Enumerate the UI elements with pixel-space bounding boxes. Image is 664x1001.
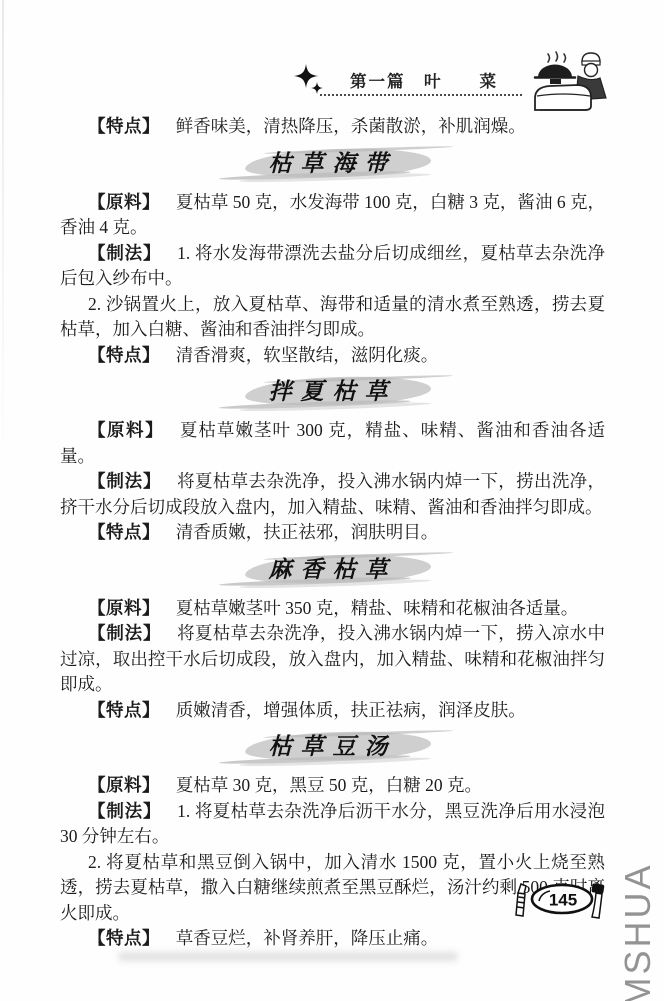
brush-stroke-title: 拌夏枯草 xyxy=(249,376,417,410)
scan-edge-artifact xyxy=(2,0,4,470)
paragraph-label: 【原料】 xyxy=(88,192,160,212)
recipe-paragraph: 2. 沙锅置火上，放入夏枯草、海带和适量的清水煮至熟透，捞去夏枯草，加入白糖、酱… xyxy=(60,292,605,343)
paragraph-label: 【制法】 xyxy=(88,623,161,643)
recipe-paragraph: 【特点】清香滑爽，软坚散结，滋阴化痰。 xyxy=(60,343,605,369)
watermark: MSHUA xyxy=(617,862,659,1001)
recipe-paragraph: 【特点】草香豆烂，补肾养肝，降压止痛。 xyxy=(60,926,605,952)
recipe-title: 麻香枯草 xyxy=(269,557,397,582)
recipes: 枯草海带 【原料】夏枯草 50 克，水发海带 100 克，白糖 3 克，酱油 6… xyxy=(60,148,605,952)
recipe-section: 麻香枯草 【原料】夏枯草嫩茎叶 350 克，精盐、味精和花椒油各适量。【制法】将… xyxy=(60,554,605,724)
paragraph-label: 【特点】 xyxy=(88,345,160,365)
leading-paragraph: 【特点】鲜香味美，清热降压，杀菌散淤，补肌润燥。 xyxy=(60,114,605,140)
scan-smudge-artifact xyxy=(118,952,458,961)
chef-with-steaming-pot-icon xyxy=(530,50,614,114)
recipe-title-row: 麻香枯草 xyxy=(60,554,605,590)
leading-text: 鲜香味美，清热降压，杀菌散淤，补肌润燥。 xyxy=(176,116,526,136)
fork-icon xyxy=(591,883,604,918)
recipe-title: 枯草海带 xyxy=(269,151,397,176)
recipe-paragraph: 【原料】夏枯草嫩茎叶 300 克，精盐、味精、酱油和香油各适量。 xyxy=(60,418,605,469)
paragraph-label: 【制法】 xyxy=(88,471,161,491)
recipe-title-row: 枯草海带 xyxy=(60,148,605,184)
paragraph-label: 【原料】 xyxy=(88,598,160,618)
paragraph-label: 【特点】 xyxy=(88,116,160,136)
paragraph-label: 【特点】 xyxy=(88,700,160,720)
recipe-section: 拌夏枯草 【原料】夏枯草嫩茎叶 300 克，精盐、味精、酱油和香油各适量。【制法… xyxy=(60,376,605,546)
recipe-title: 拌夏枯草 xyxy=(269,379,397,404)
chapter-heading: 第一篇 叶 菜 xyxy=(350,68,498,92)
page-number: 145 xyxy=(549,891,577,910)
paragraph-label: 【制法】 xyxy=(88,801,161,821)
paragraph-label: 【特点】 xyxy=(88,522,160,542)
recipe-paragraph: 【特点】清香质嫩，扶正祛邪，润肤明目。 xyxy=(60,520,605,546)
dotted-divider xyxy=(320,94,522,96)
recipe-paragraph: 【原料】夏枯草 50 克，水发海带 100 克，白糖 3 克，酱油 6 克，香油… xyxy=(60,190,605,241)
recipe-paragraph: 【制法】1. 将夏枯草去杂洗净后沥干水分，黑豆洗净后用水浸泡 30 分钟左右。 xyxy=(60,799,605,850)
brush-stroke-title: 枯草豆汤 xyxy=(249,731,417,765)
page-header: 第一篇 叶 菜 xyxy=(294,50,614,116)
recipe-section: 枯草海带 【原料】夏枯草 50 克，水发海带 100 克，白糖 3 克，酱油 6… xyxy=(60,148,605,369)
knife-icon xyxy=(516,884,526,916)
recipe-paragraphs: 【原料】夏枯草嫩茎叶 300 克，精盐、味精、酱油和香油各适量。【制法】将夏枯草… xyxy=(60,418,605,546)
paragraph-label: 【原料】 xyxy=(88,775,160,795)
recipe-paragraphs: 【原料】夏枯草 50 克，水发海带 100 克，白糖 3 克，酱油 6 克，香油… xyxy=(60,190,605,369)
page-content: 【特点】鲜香味美，清热降压，杀菌散淤，补肌润燥。 枯草海带 【原料】夏枯草 50… xyxy=(60,114,605,952)
recipe-paragraph: 【制法】1. 将水发海带漂洗去盐分后切成细丝，夏枯草去杂洗净后包入纱布中。 xyxy=(60,241,605,292)
page-number-badge: 145 xyxy=(513,880,611,926)
recipe-paragraph: 【制法】将夏枯草去杂洗净，投入沸水锅内焯一下，捞出洗净，挤干水分后切成段放入盘内… xyxy=(60,469,605,520)
recipe-paragraphs: 【原料】夏枯草嫩茎叶 350 克，精盐、味精和花椒油各适量。【制法】将夏枯草去杂… xyxy=(60,596,605,724)
recipe-paragraph: 【制法】将夏枯草去杂洗净，投入沸水锅内焯一下，捞入凉水中过凉，取出控干水后切成段… xyxy=(60,621,605,698)
recipe-title-row: 枯草豆汤 xyxy=(60,731,605,767)
brush-stroke-title: 麻香枯草 xyxy=(249,554,417,588)
recipe-paragraph: 【原料】夏枯草嫩茎叶 350 克，精盐、味精和花椒油各适量。 xyxy=(60,596,605,622)
brush-stroke-title: 枯草海带 xyxy=(249,148,417,182)
recipe-title-row: 拌夏枯草 xyxy=(60,376,605,412)
recipe-paragraph: 【特点】质嫩清香，增强体质，扶正祛病，润泽皮肤。 xyxy=(60,698,605,724)
book-page: 第一篇 叶 菜 【特点】鲜香味美，清热降压，杀菌散淤，补肌润燥。 枯草海带 xyxy=(0,0,664,1001)
recipe-title: 枯草豆汤 xyxy=(269,734,397,759)
recipe-paragraph: 【原料】夏枯草 30 克，黑豆 50 克，白糖 20 克。 xyxy=(60,773,605,799)
paragraph-label: 【原料】 xyxy=(88,420,164,440)
paragraph-label: 【特点】 xyxy=(88,928,160,948)
paragraph-label: 【制法】 xyxy=(88,243,161,263)
